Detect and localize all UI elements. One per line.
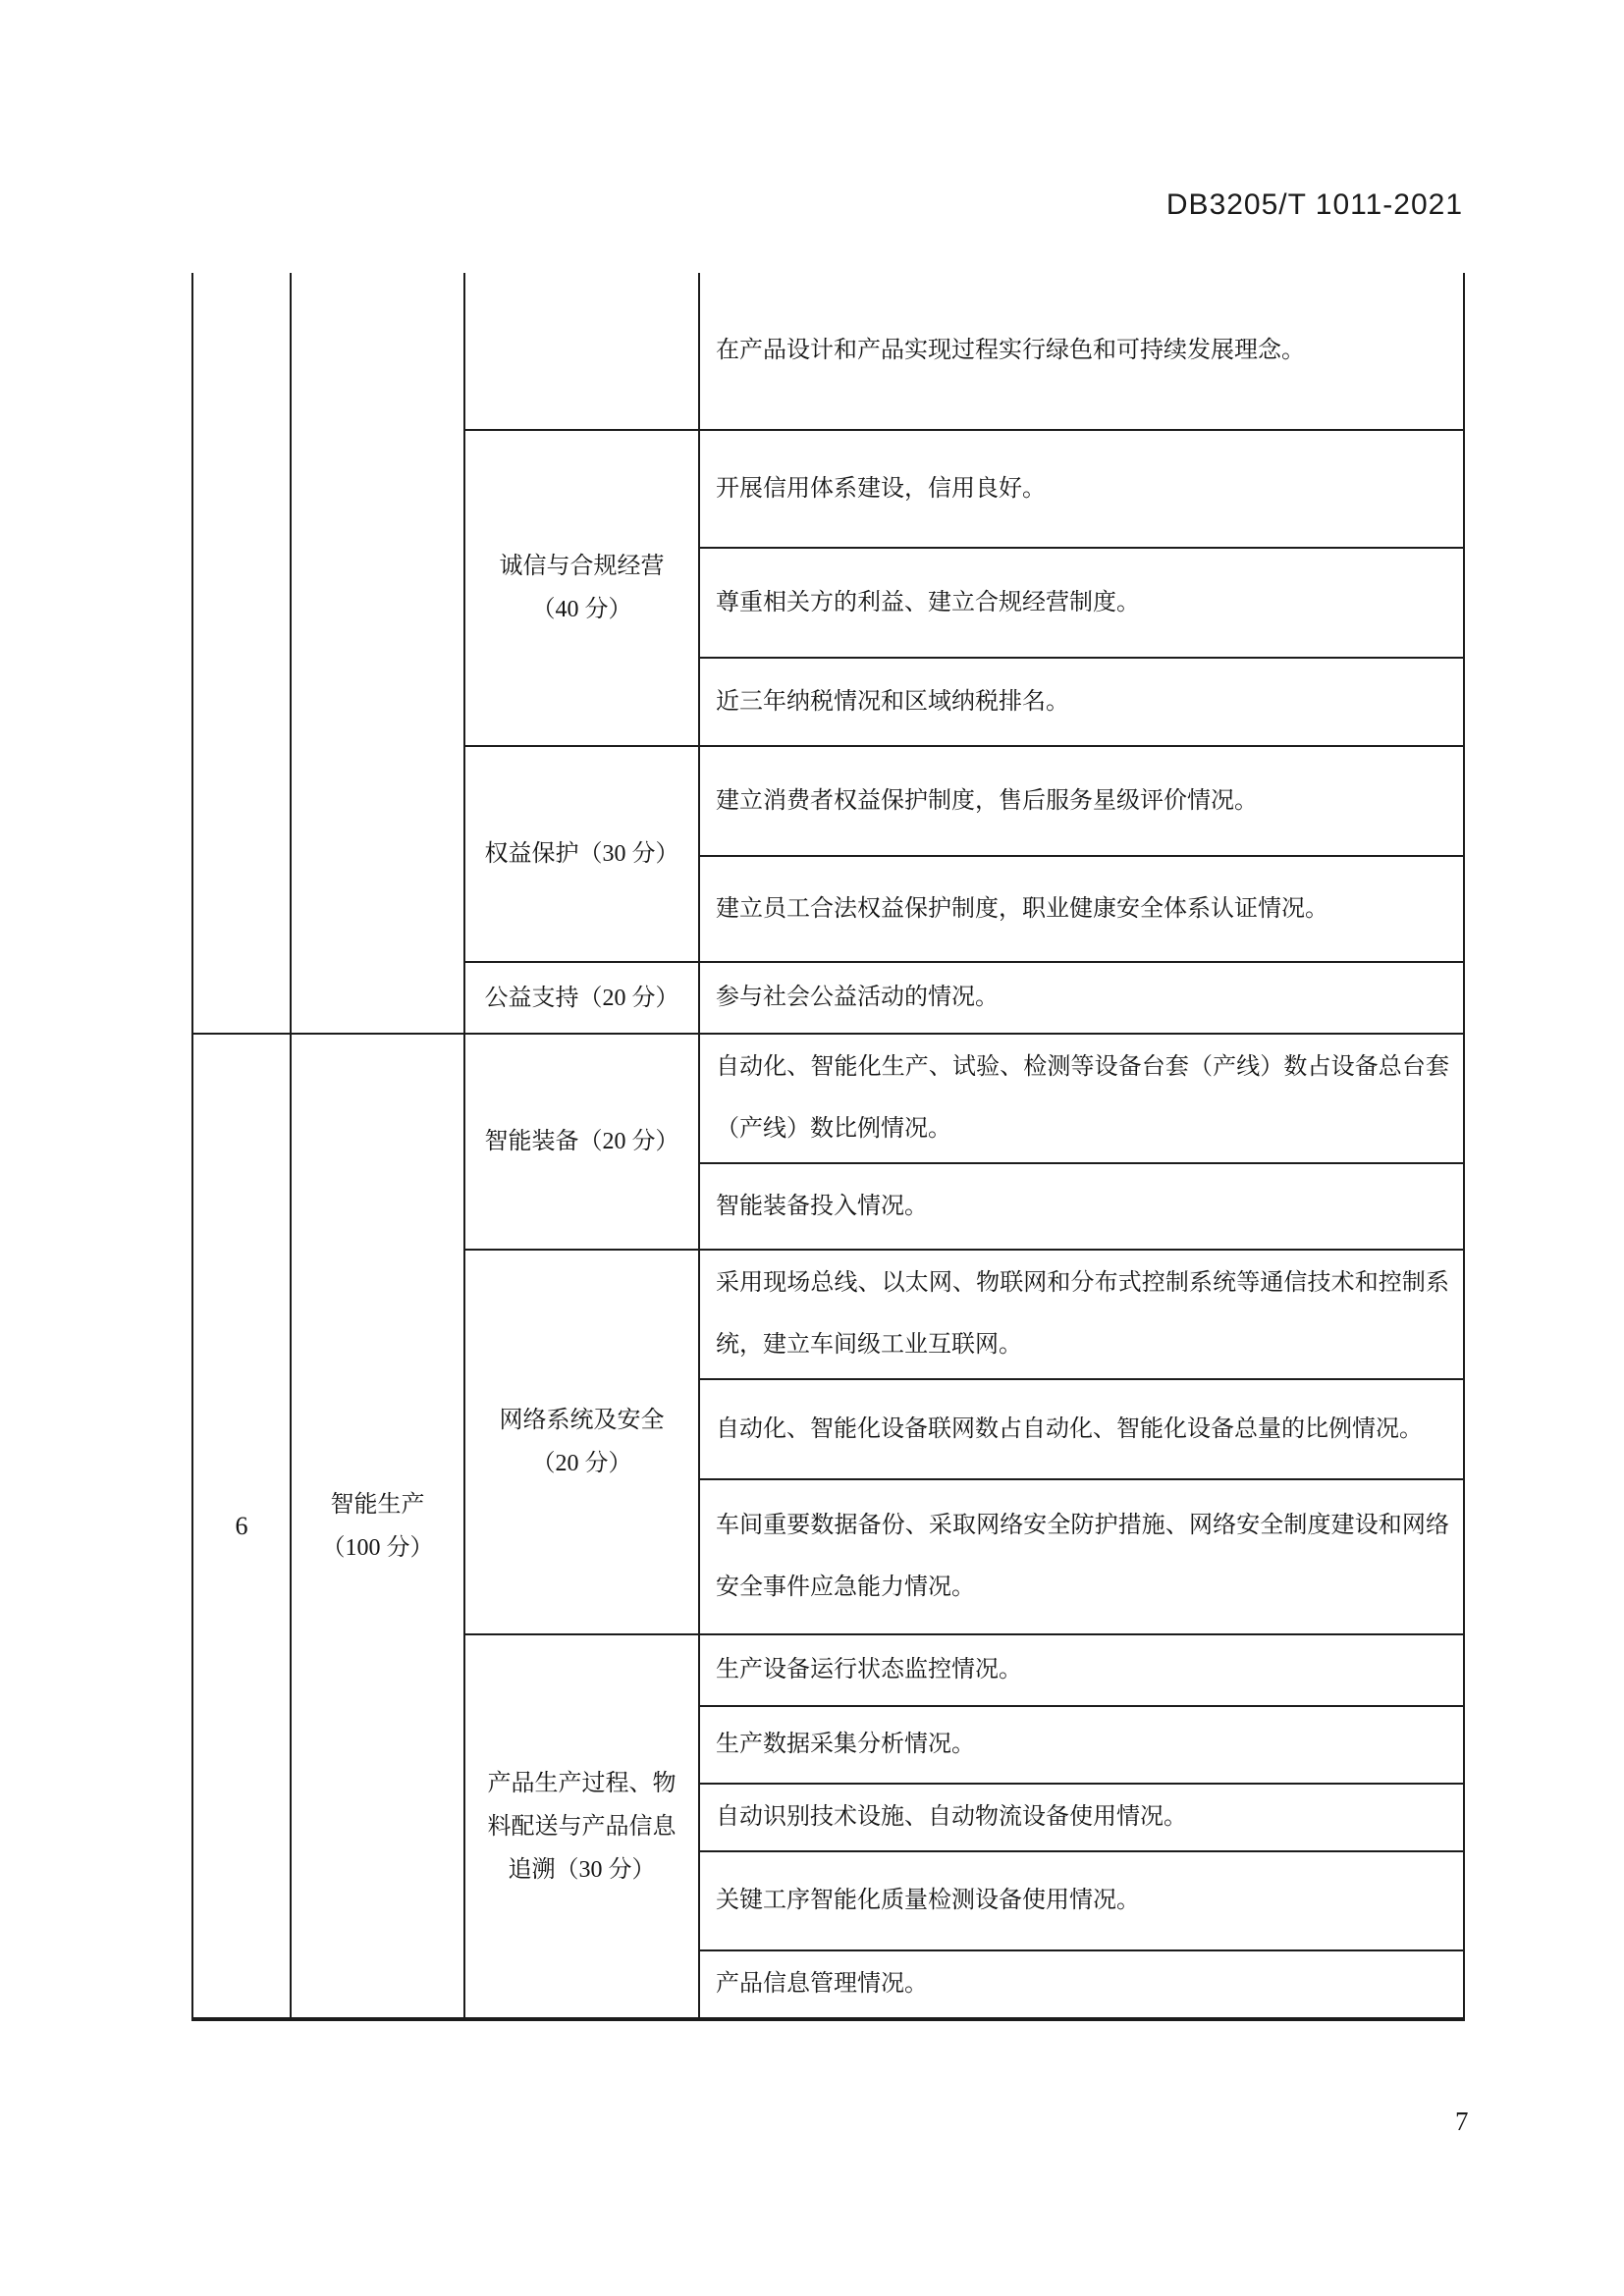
criteria-cell: 尊重相关方的利益、建立合规经营制度。	[699, 548, 1464, 658]
criteria-cell: 生产数据采集分析情况。	[699, 1706, 1464, 1784]
subcategory-cell-equipment: 智能装备（20 分）	[464, 1034, 699, 1250]
criteria-cell: 开展信用体系建设，信用良好。	[699, 430, 1464, 548]
criteria-cell: 自动化、智能化生产、试验、检测等设备台套（产线）数占设备总台套（产线）数比例情况…	[699, 1034, 1464, 1163]
criteria-cell: 自动化、智能化设备联网数占自动化、智能化设备总量的比例情况。	[699, 1379, 1464, 1479]
document-page: DB3205/T 1011-2021 在产品设计和产品实现过程实行绿色和可持续发…	[0, 0, 1624, 2296]
category-cell-smart-production: 智能生产 （100 分）	[291, 1034, 464, 2019]
subcategory-cell-traceability: 产品生产过程、物 料配送与产品信息 追溯（30 分）	[464, 1634, 699, 2019]
subcategory-cell-rights: 权益保护（30 分）	[464, 746, 699, 962]
subcategory-cell-network: 网络系统及安全 （20 分）	[464, 1250, 699, 1634]
index-cell-6: 6	[192, 1034, 291, 2019]
page-number: 7	[1455, 2107, 1469, 2137]
subcategory-cell-continued	[464, 273, 699, 430]
criteria-cell: 采用现场总线、以太网、物联网和分布式控制系统等通信技术和控制系统，建立车间级工业…	[699, 1250, 1464, 1379]
criteria-cell: 智能装备投入情况。	[699, 1163, 1464, 1250]
criteria-cell: 在产品设计和产品实现过程实行绿色和可持续发展理念。	[699, 273, 1464, 430]
criteria-cell: 建立消费者权益保护制度，售后服务星级评价情况。	[699, 746, 1464, 856]
subcategory-cell-welfare: 公益支持（20 分）	[464, 962, 699, 1034]
criteria-cell: 关键工序智能化质量检测设备使用情况。	[699, 1851, 1464, 1950]
criteria-cell: 生产设备运行状态监控情况。	[699, 1634, 1464, 1706]
criteria-cell: 近三年纳税情况和区域纳税排名。	[699, 658, 1464, 746]
criteria-cell: 参与社会公益活动的情况。	[699, 962, 1464, 1034]
scoring-table: 在产品设计和产品实现过程实行绿色和可持续发展理念。 诚信与合规经营 （40 分）…	[191, 273, 1465, 2021]
subcategory-cell-integrity: 诚信与合规经营 （40 分）	[464, 430, 699, 746]
criteria-cell: 车间重要数据备份、采取网络安全防护措施、网络安全制度建设和网络安全事件应急能力情…	[699, 1479, 1464, 1634]
category-cell-continued	[291, 273, 464, 1034]
doc-number: DB3205/T 1011-2021	[1166, 188, 1463, 222]
criteria-cell: 自动识别技术设施、自动物流设备使用情况。	[699, 1784, 1464, 1851]
index-cell-continued	[192, 273, 291, 1034]
criteria-cell: 建立员工合法权益保护制度，职业健康安全体系认证情况。	[699, 856, 1464, 962]
criteria-cell: 产品信息管理情况。	[699, 1950, 1464, 2019]
